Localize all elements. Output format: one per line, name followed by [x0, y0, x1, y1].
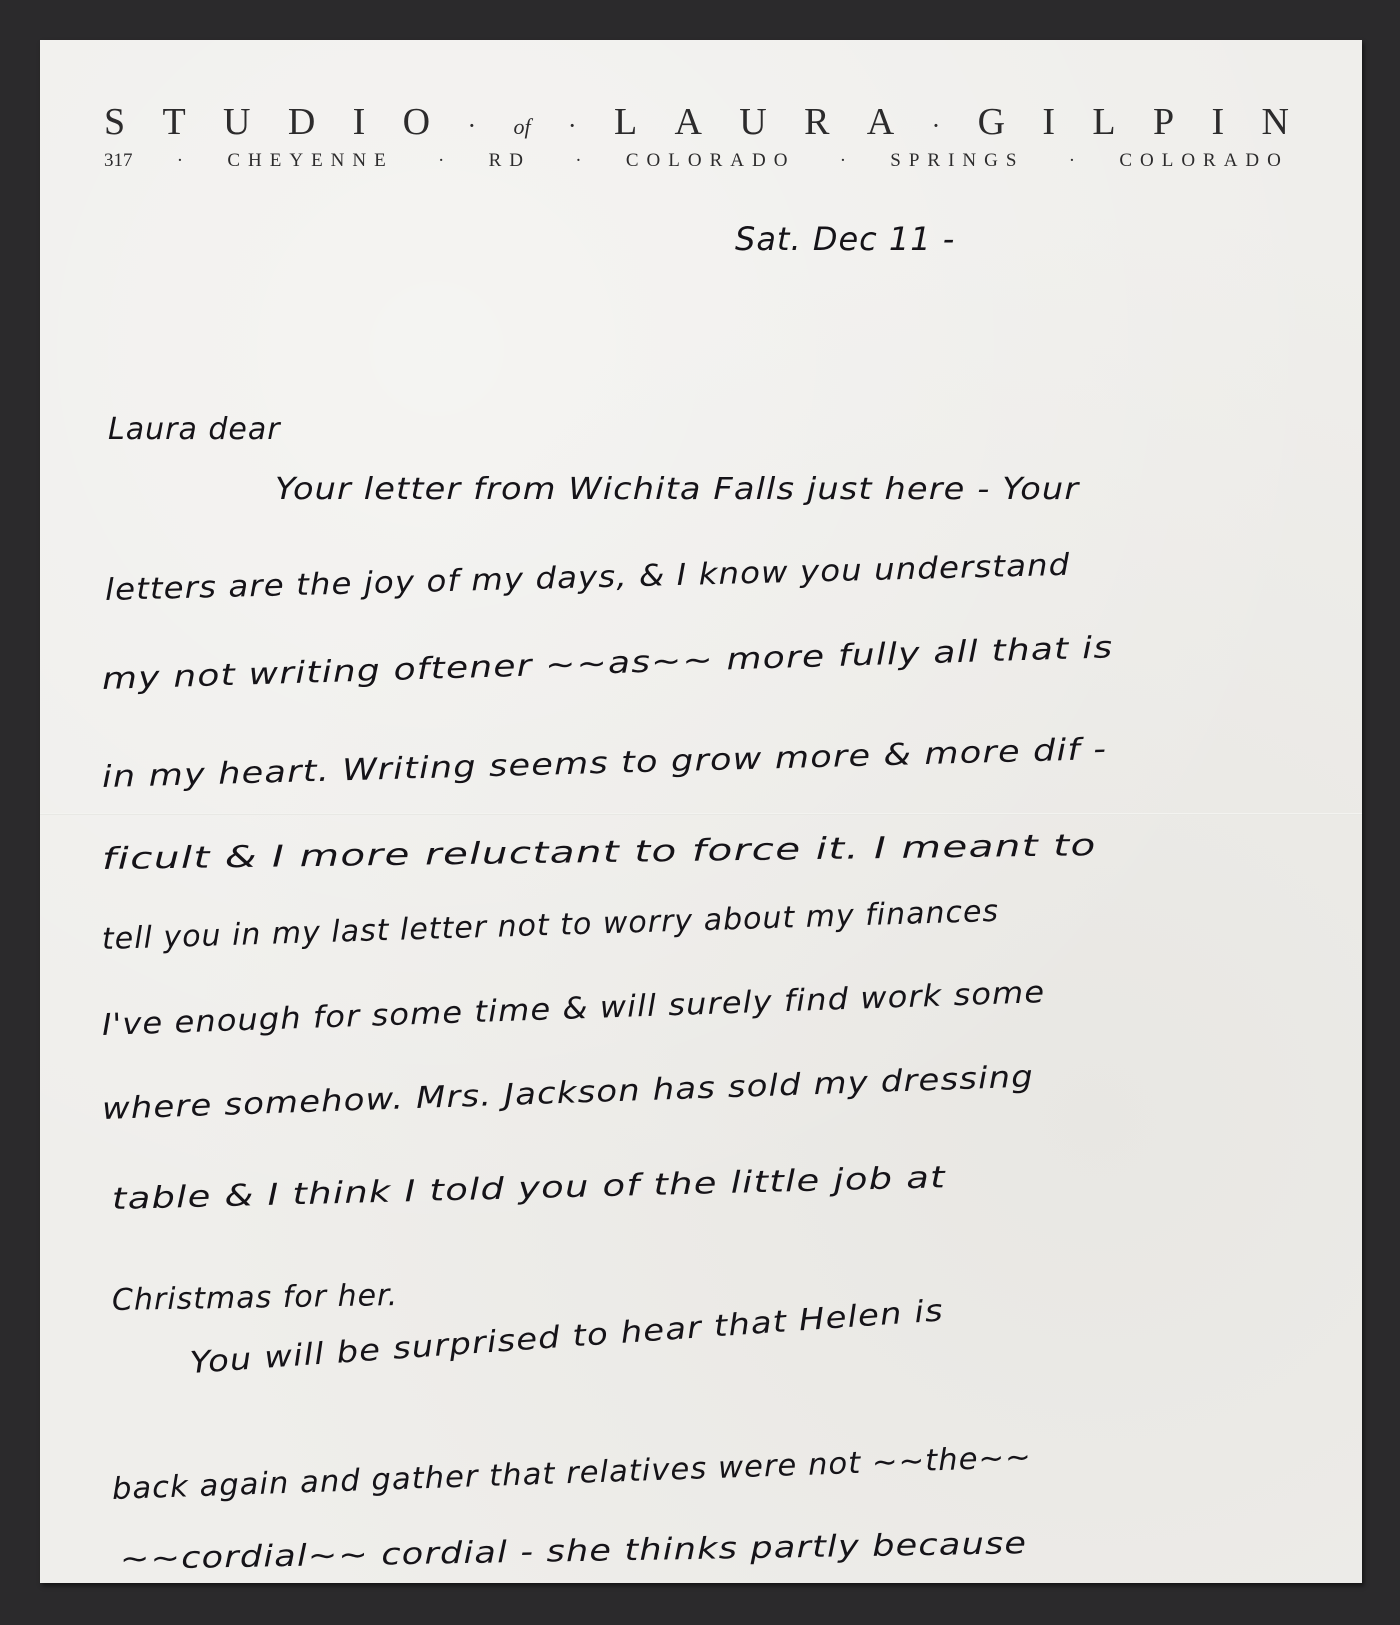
letterhead-char: S — [104, 100, 125, 144]
letterhead-char: D — [288, 100, 315, 144]
letter-line: ficult & I more reluctant to force it. I… — [102, 828, 1097, 877]
letter-line: Christmas for her. — [112, 1278, 399, 1318]
letterhead-separator: · — [467, 111, 476, 141]
letterhead-char: G — [978, 100, 1005, 144]
address-part: SPRINGS — [890, 150, 1024, 172]
address-part: CHEYENNE — [227, 150, 393, 172]
letterhead-char: A — [867, 100, 894, 144]
letter-line: ~~cordial~~ cordial - she thinks partly … — [120, 1526, 1028, 1577]
address-part: 317 — [104, 150, 133, 172]
letter-date: Sat. Dec 11 - — [735, 220, 955, 258]
letter-page: S T U D I O · of · L A U R A · G I L P I… — [40, 40, 1362, 1583]
letterhead-char: O — [403, 100, 430, 144]
letter-line: letters are the joy of my days, & I know… — [105, 548, 1071, 608]
letterhead-char: I — [353, 100, 366, 144]
letterhead-address: 317 · CHEYENNE · RD · COLORADO · SPRINGS… — [104, 150, 1289, 172]
letterhead-separator: · — [932, 111, 941, 141]
letterhead-char: R — [804, 100, 829, 144]
letterhead-char: T — [162, 100, 185, 144]
letterhead-char: I — [1211, 100, 1224, 144]
letter-line: my not writing oftener ~~as~~ more fully… — [101, 630, 1113, 697]
letter-line: table & I think I told you of the little… — [112, 1160, 947, 1217]
address-separator: · — [575, 150, 581, 172]
letterhead-char: L — [1092, 100, 1115, 144]
paper-fold-line — [40, 813, 1362, 815]
letterhead-title: S T U D I O · of · L A U R A · G I L P I… — [104, 100, 1289, 144]
address-part: COLORADO — [1119, 150, 1289, 172]
letterhead-char: U — [223, 100, 250, 144]
letterhead-separator: · — [568, 111, 577, 141]
address-separator: · — [177, 150, 183, 172]
letterhead-char: P — [1153, 100, 1174, 144]
address-part: RD — [489, 150, 531, 172]
letter-line: I've enough for some time & will surely … — [101, 975, 1045, 1043]
address-separator: · — [840, 150, 846, 172]
address-separator: · — [1069, 150, 1075, 172]
letterhead-char: U — [739, 100, 766, 144]
letter-line: back again and gather that relatives wer… — [111, 1440, 1032, 1507]
letterhead-char: L — [614, 100, 637, 144]
letter-line: in my heart. Writing seems to grow more … — [102, 732, 1108, 795]
letterhead-char: I — [1042, 100, 1055, 144]
address-separator: · — [438, 150, 444, 172]
letterhead-of: of — [513, 114, 530, 140]
letter-line: where somehow. Mrs. Jackson has sold my … — [101, 1059, 1034, 1127]
letter-line: tell you in my last letter not to worry … — [101, 894, 999, 957]
letter-salutation: Laura dear — [108, 412, 281, 447]
letter-line: Your letter from Wichita Falls just here… — [275, 472, 1079, 507]
letterhead-char: A — [675, 100, 702, 144]
letterhead-char: N — [1261, 100, 1288, 144]
address-part: COLORADO — [626, 150, 796, 172]
